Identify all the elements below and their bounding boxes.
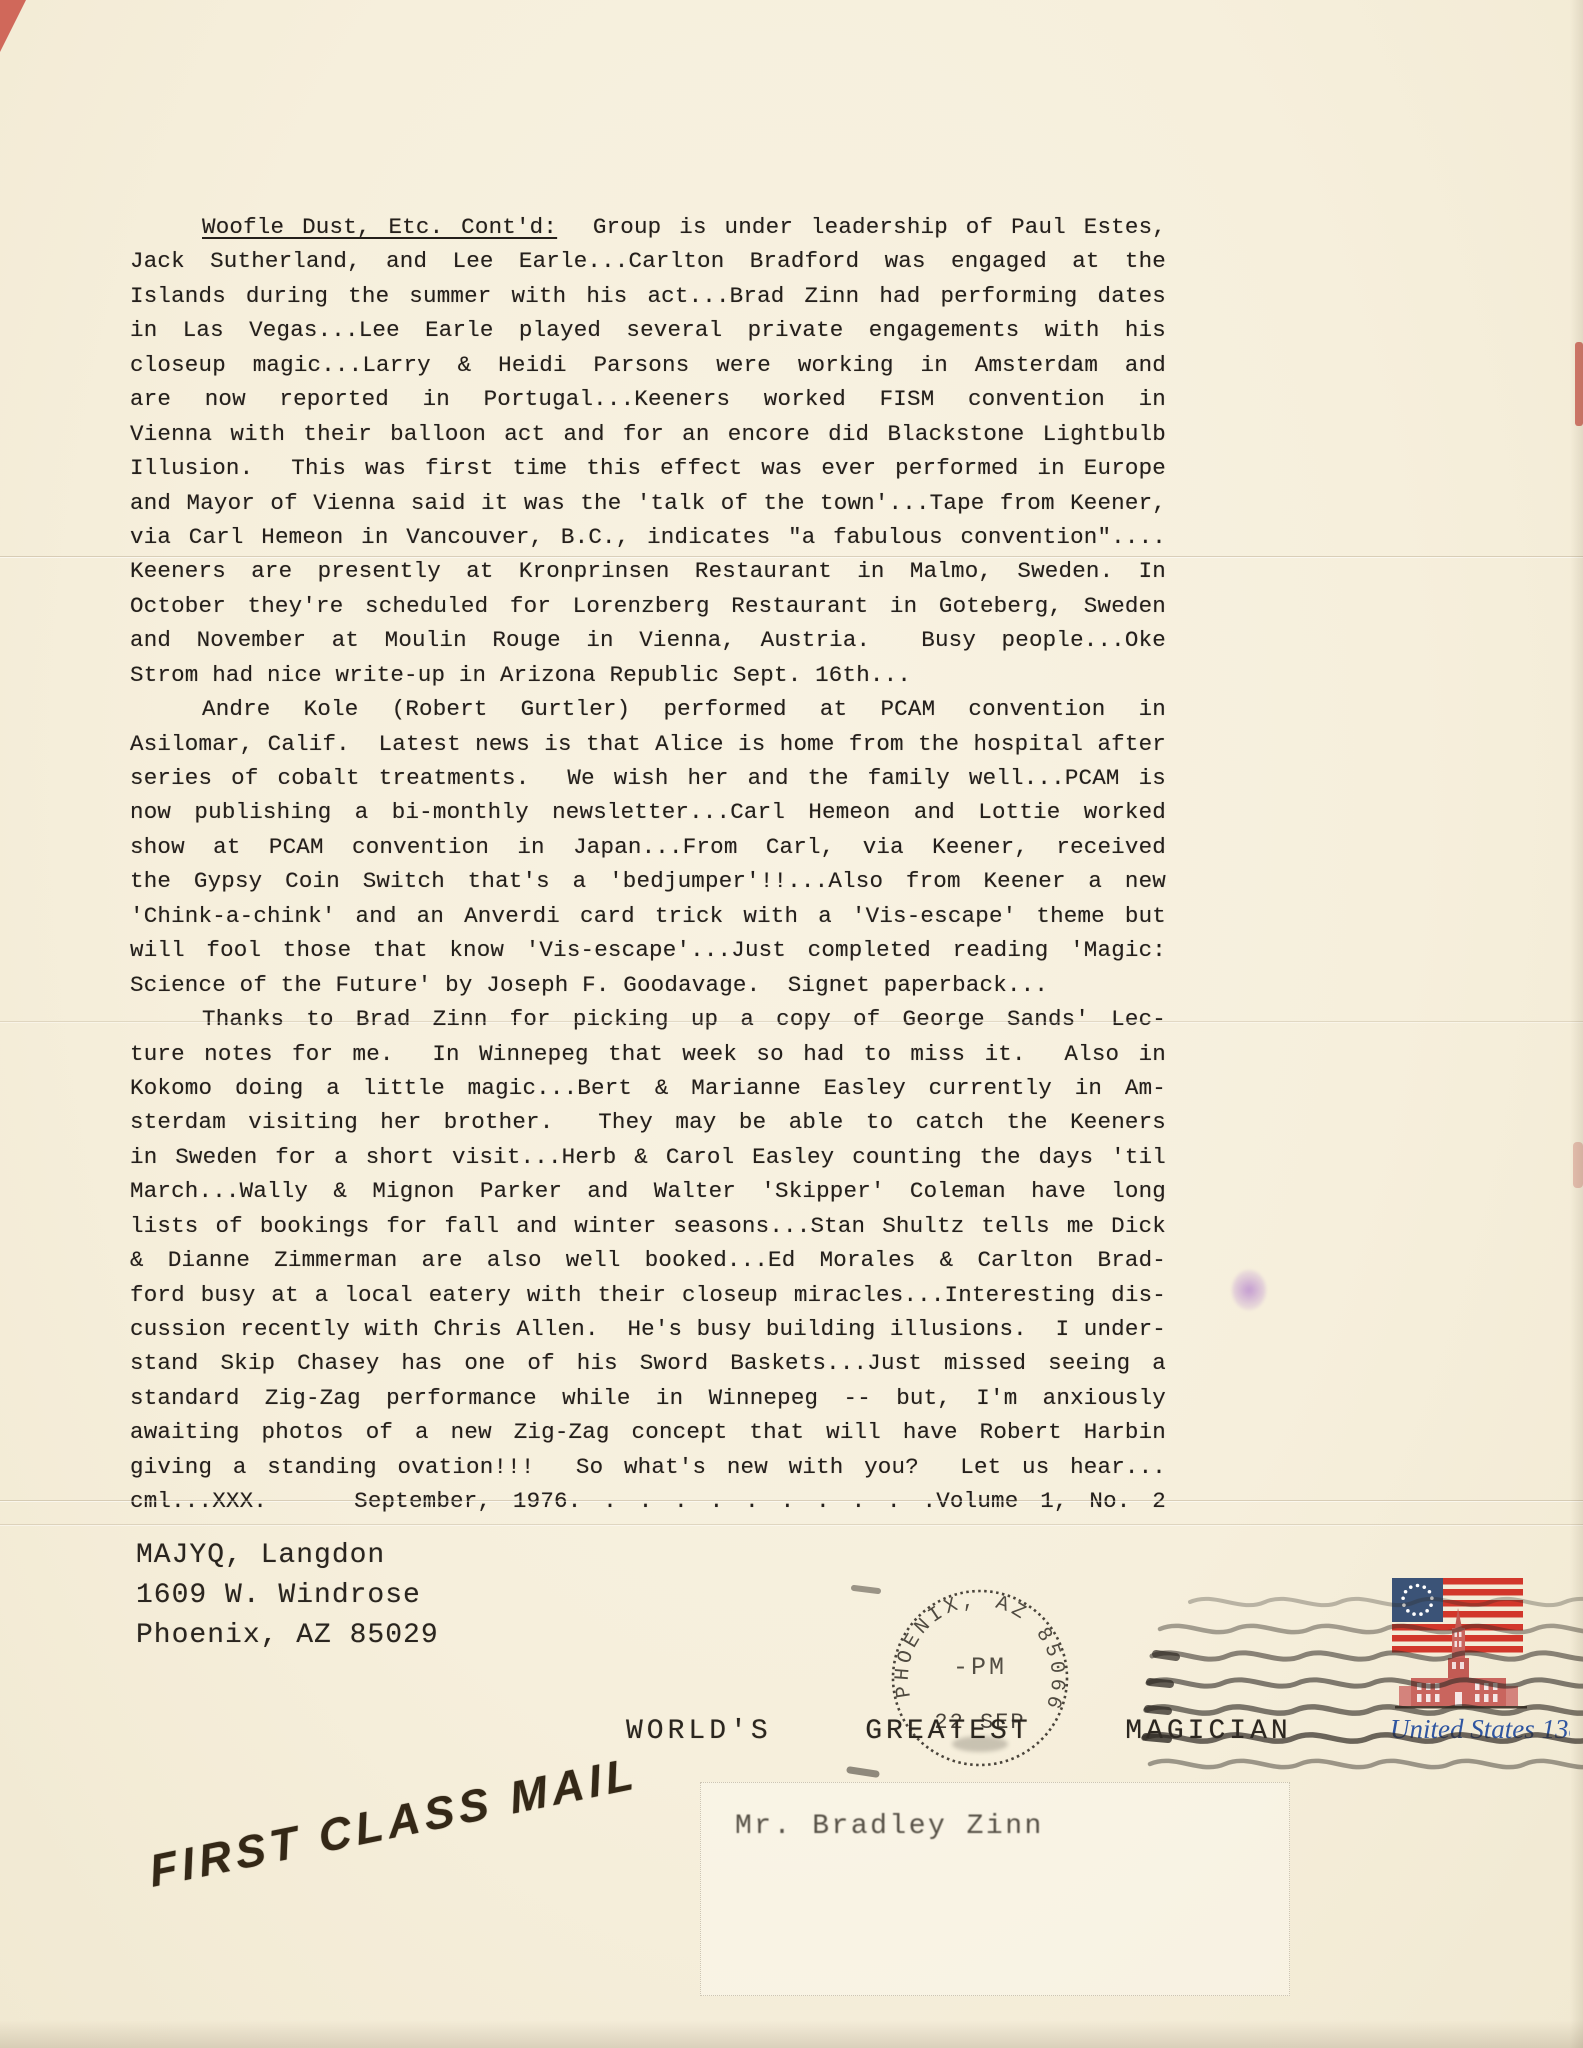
text-line: Andre Kole (Robert Gurtler) performed at… — [130, 692, 1166, 726]
text-line: will fool those that know 'Vis-escape'..… — [130, 933, 1166, 967]
text-line: in Las Vegas...Lee Earle played several … — [130, 313, 1166, 347]
text-line: Keeners are presently at Kronprinsen Res… — [130, 554, 1166, 588]
text-line: ture notes for me. In Winnepeg that week… — [130, 1037, 1166, 1071]
text-line: cussion recently with Chris Allen. He's … — [130, 1312, 1166, 1346]
text-line: Illusion. This was first time this effec… — [130, 451, 1166, 485]
text-line: closeup magic...Larry & Heidi Parsons we… — [130, 348, 1166, 382]
address-label: Mr. Bradley Zinn — [700, 1782, 1290, 1996]
text-line: standard Zig-Zag performance while in Wi… — [130, 1381, 1166, 1415]
text-line: Asilomar, Calif. Latest news is that Ali… — [130, 727, 1166, 761]
postmark-smear — [850, 1770, 876, 1774]
text-line: the Gypsy Coin Switch that's a 'bedjumpe… — [130, 864, 1166, 898]
first-class-mail-stamp: FIRST CLASS MAIL — [146, 1747, 641, 1898]
text-line: Science of the Future' by Joseph F. Good… — [130, 968, 1166, 1002]
text-line: Jack Sutherland, and Lee Earle...Carlton… — [130, 244, 1166, 278]
text-line: & Dianne Zimmerman are also well booked.… — [130, 1243, 1166, 1277]
text-line: lists of bookings for fall and winter se… — [130, 1209, 1166, 1243]
text-line: sterdam visiting her brother. They may b… — [130, 1105, 1166, 1139]
edge-shadow — [1570, 0, 1583, 2048]
text-line: awaiting photos of a new Zig-Zag concept… — [130, 1415, 1166, 1449]
postmark-smear — [854, 1588, 878, 1591]
text-line: in Sweden for a short visit...Herb & Car… — [130, 1140, 1166, 1174]
return-address-line: Phoenix, AZ 85029 — [136, 1616, 439, 1656]
text-line: ford busy at a local eatery with their c… — [130, 1278, 1166, 1312]
newsletter-text-block: Woofle Dust, Etc. Cont'd: Group is under… — [130, 210, 1166, 1519]
text-line: via Carl Hemeon in Vancouver, B.C., indi… — [130, 520, 1166, 554]
edge-shadow — [0, 2020, 1583, 2048]
text-line: October they're scheduled for Lorenzberg… — [130, 589, 1166, 623]
text-line: giving a standing ovation!!! So what's n… — [130, 1450, 1166, 1484]
return-address-line: MAJYQ, Langdon — [136, 1536, 439, 1576]
text-line: series of cobalt treatments. We wish her… — [130, 761, 1166, 795]
text-line: show at PCAM convention in Japan...From … — [130, 830, 1166, 864]
text-line: now publishing a bi-monthly newsletter..… — [130, 795, 1166, 829]
text-line: Kokomo doing a little magic...Bert & Mar… — [130, 1071, 1166, 1105]
postmark-smudge — [952, 1736, 1008, 1752]
text-line: Strom had nice write-up in Arizona Repub… — [130, 658, 1166, 692]
return-address-line: 1609 W. Windrose — [136, 1576, 439, 1616]
ink-smudge — [1232, 1270, 1266, 1310]
recipient-name: Mr. Bradley Zinn — [735, 1811, 1044, 1842]
corner-artifact — [0, 0, 26, 52]
cancellation-waves — [1130, 1588, 1583, 1788]
section-heading: Woofle Dust, Etc. Cont'd: — [202, 214, 557, 240]
postmark-date: 22 SEP — [934, 1710, 1025, 1735]
paper-crease — [0, 1524, 1583, 1526]
text-line: cml...XXX. September, 1976. . . . . . . … — [130, 1484, 1166, 1518]
text-line: Vienna with their balloon act and for an… — [130, 417, 1166, 451]
text-line: Islands during the summer with his act..… — [130, 279, 1166, 313]
text-line: are now reported in Portugal...Keeners w… — [130, 382, 1166, 416]
return-address: MAJYQ, Langdon 1609 W. Windrose Phoenix,… — [136, 1536, 439, 1656]
envelope-scan: { "letter": { "lines": [ {"head":"Woofle… — [0, 0, 1583, 2048]
postmark-pm: -PM — [953, 1653, 1007, 1682]
postmark: PHOENIX, AZ 85066 -PM 22 SEP — [880, 1578, 1080, 1778]
text-line: Woofle Dust, Etc. Cont'd: Group is under… — [130, 210, 1166, 244]
text-line: Thanks to Brad Zinn for picking up a cop… — [130, 1002, 1166, 1036]
text-line: and Mayor of Vienna said it was the 'tal… — [130, 486, 1166, 520]
text-line: and November at Moulin Rouge in Vienna, … — [130, 623, 1166, 657]
text-line: stand Skip Chasey has one of his Sword B… — [130, 1346, 1166, 1380]
text-line: March...Wally & Mignon Parker and Walter… — [130, 1174, 1166, 1208]
text-line: 'Chink-a-chink' and an Anverdi card tric… — [130, 899, 1166, 933]
